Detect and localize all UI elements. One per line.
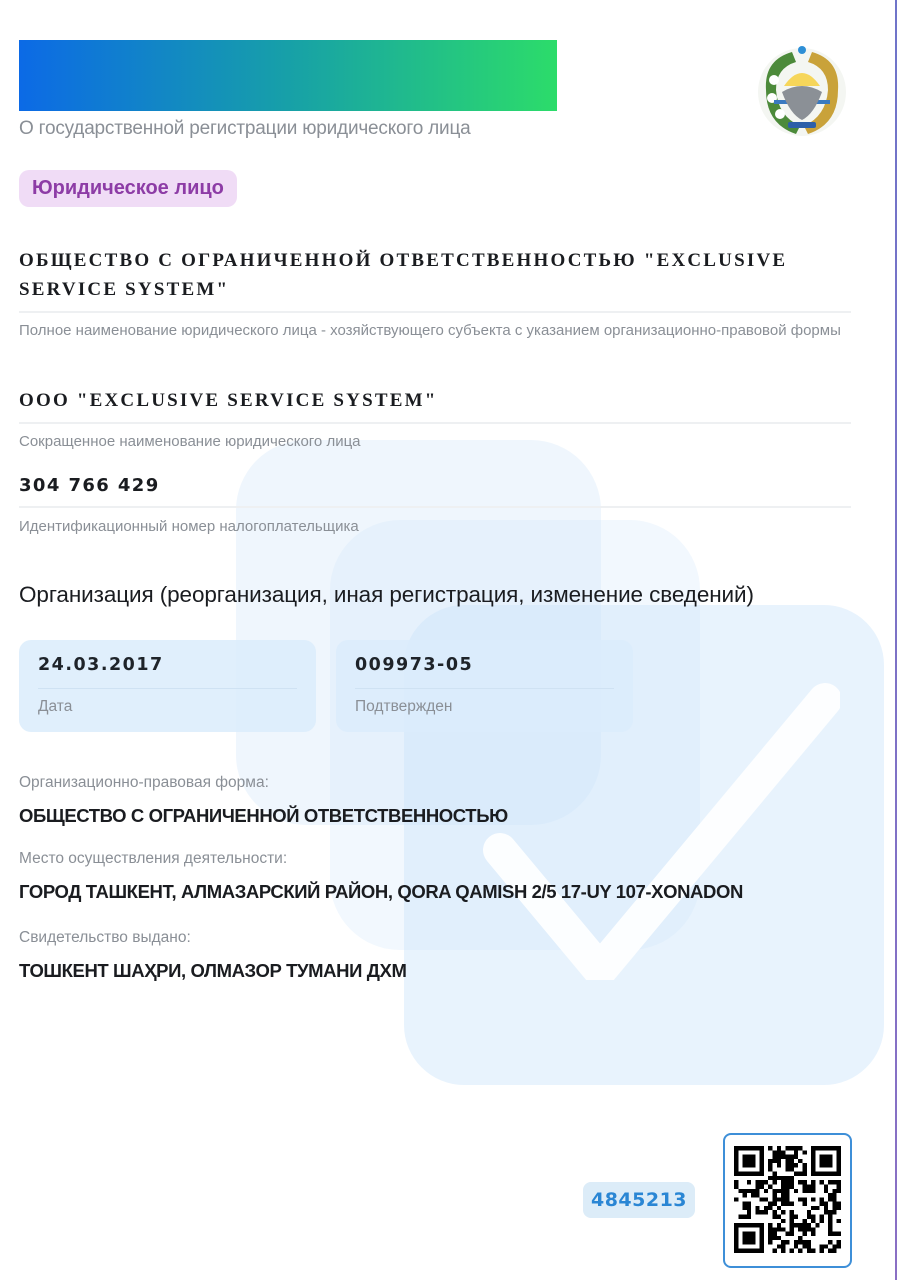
short-name-value: ООО "EXCLUSIVE SERVICE SYSTEM" <box>19 386 851 415</box>
short-name-field: ООО "EXCLUSIVE SERVICE SYSTEM" Сокращенн… <box>19 386 851 454</box>
registration-number-card: 009973-05 Подтвержден <box>336 640 633 732</box>
registration-date-card: 24.03.2017 Дата <box>19 640 316 732</box>
qr-code-icon <box>734 1143 841 1256</box>
registration-number-value: 009973-05 <box>355 655 473 675</box>
entity-type-badge: Юридическое лицо <box>19 170 237 207</box>
divider <box>355 688 614 689</box>
state-emblem-icon <box>752 40 852 140</box>
address-value: ГОРОД ТАШКЕНТ, АЛМАЗАРСКИЙ РАЙОН, QORA Q… <box>19 881 743 903</box>
divider <box>19 506 851 508</box>
document-subtitle: О государственной регистрации юридическо… <box>19 118 471 140</box>
right-edge-line <box>895 0 897 1280</box>
divider <box>19 311 851 313</box>
issued-by-label: Свидетельство выдано: <box>19 929 191 947</box>
registration-section-title: Организация (реорганизация, иная регистр… <box>19 582 754 608</box>
inn-value: 304 766 429 <box>19 475 851 496</box>
short-name-caption: Сокращенное наименование юридического ли… <box>19 430 851 454</box>
inn-field: 304 766 429 Идентификационный номер нало… <box>19 475 851 539</box>
address-label: Место осуществления деятельности: <box>19 850 287 868</box>
legal-form-value: ОБЩЕСТВО С ОГРАНИЧЕННОЙ ОТВЕТСТВЕННОСТЬЮ <box>19 805 508 827</box>
full-name-value: ОБЩЕСТВО С ОГРАНИЧЕННОЙ ОТВЕТСТВЕННОСТЬЮ… <box>19 246 851 304</box>
legal-form-label: Организационно-правовая форма: <box>19 774 269 792</box>
header-gradient-bar <box>19 40 557 111</box>
full-name-caption: Полное наименование юридического лица - … <box>19 319 851 343</box>
divider <box>19 422 851 424</box>
full-name-field: ОБЩЕСТВО С ОГРАНИЧЕННОЙ ОТВЕТСТВЕННОСТЬЮ… <box>19 246 851 343</box>
inn-caption: Идентификационный номер налогоплательщик… <box>19 515 851 539</box>
issued-by-value: ТОШКЕНТ ШАҲРИ, ОЛМАЗОР ТУМАНИ ДХМ <box>19 960 406 982</box>
document-number-badge: 4845213 <box>583 1182 695 1218</box>
qr-code-frame[interactable] <box>723 1133 852 1268</box>
divider <box>38 688 297 689</box>
registration-date-label: Дата <box>38 698 72 716</box>
registration-number-label: Подтвержден <box>355 698 452 716</box>
registration-date-value: 24.03.2017 <box>38 655 164 675</box>
